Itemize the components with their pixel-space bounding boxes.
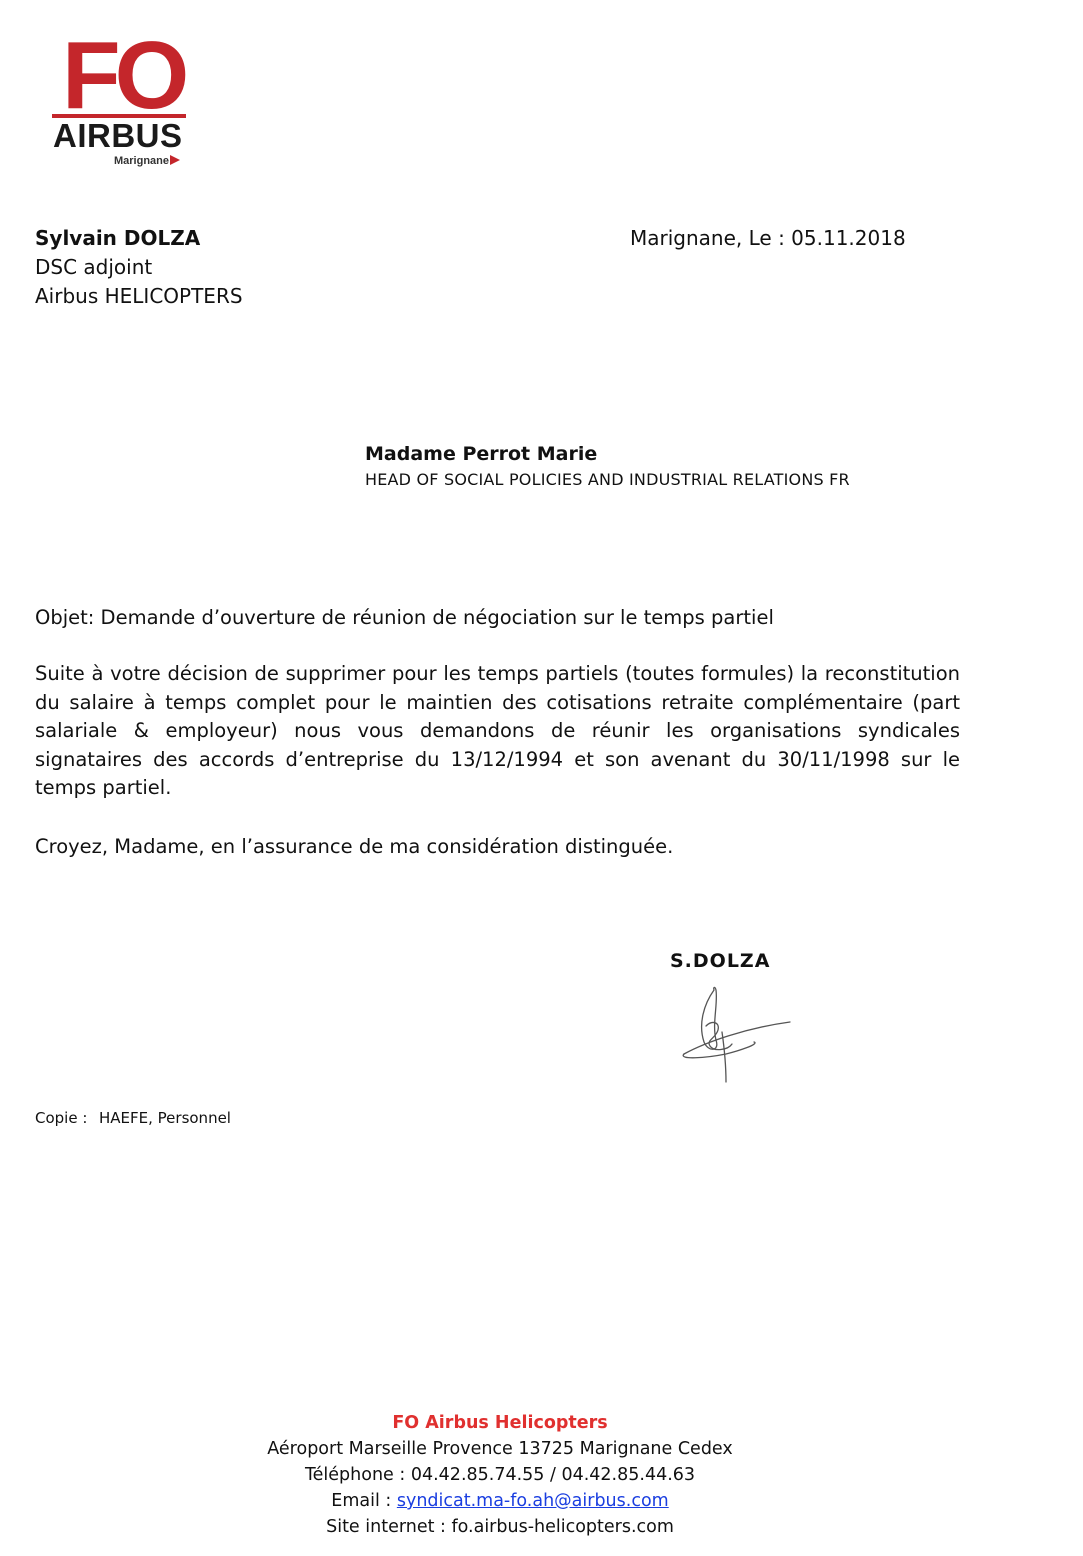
footer-website-label: Site internet : [326, 1517, 451, 1537]
copy-label: Copie : [35, 1107, 99, 1129]
footer-website: Site internet : fo.airbus-helicopters.co… [0, 1514, 1000, 1540]
letter-footer: FO Airbus Helicopters Aéroport Marseille… [0, 1410, 1000, 1540]
date-line: Marignane, Le : 05.11.2018 [630, 224, 906, 253]
footer-phone-label: Téléphone : [305, 1465, 411, 1485]
sender-role: DSC adjoint [35, 253, 243, 282]
sender-name: Sylvain DOLZA [35, 224, 243, 253]
logo-location: Marignane [114, 154, 180, 168]
footer-email-label: Email : [331, 1491, 397, 1511]
footer-email: Email : syndicat.ma-fo.ah@airbus.com [0, 1488, 1000, 1514]
logo-fo-text: FO [62, 28, 183, 124]
sender-company: Airbus HELICOPTERS [35, 282, 243, 311]
sender-block: Sylvain DOLZA DSC adjoint Airbus HELICOP… [35, 224, 243, 311]
recipient-title: HEAD OF SOCIAL POLICIES AND INDUSTRIAL R… [365, 468, 850, 492]
footer-phone-numbers: 04.42.85.74.55 / 04.42.85.44.63 [411, 1465, 695, 1485]
fo-airbus-logo: FO AIRBUS Marignane [50, 28, 190, 173]
right-triangle-icon [170, 155, 180, 165]
letter-body: Suite à votre décision de supprimer pour… [35, 660, 960, 803]
signatory-name: S.DOLZA [670, 948, 770, 974]
logo-airbus-text: AIRBUS [53, 118, 183, 154]
footer-email-link[interactable]: syndicat.ma-fo.ah@airbus.com [397, 1491, 669, 1511]
footer-address: Aéroport Marseille Provence 13725 Marign… [0, 1436, 1000, 1462]
footer-org-name: FO Airbus Helicopters [0, 1410, 1000, 1436]
recipient-block: Madame Perrot Marie HEAD OF SOCIAL POLIC… [365, 440, 850, 492]
letter-closing: Croyez, Madame, en l’assurance de ma con… [35, 832, 673, 861]
recipient-name: Madame Perrot Marie [365, 440, 850, 468]
copy-recipients: HAEFE, Personnel [99, 1109, 231, 1127]
letter-subject: Objet: Demande d’ouverture de réunion de… [35, 603, 774, 632]
logo-location-text: Marignane [114, 155, 169, 167]
footer-website-url: fo.airbus-helicopters.com [451, 1517, 673, 1537]
footer-phone: Téléphone : 04.42.85.74.55 / 04.42.85.44… [0, 1462, 1000, 1488]
handwritten-signature-icon [676, 984, 806, 1089]
copy-line: Copie :HAEFE, Personnel [35, 1107, 231, 1129]
